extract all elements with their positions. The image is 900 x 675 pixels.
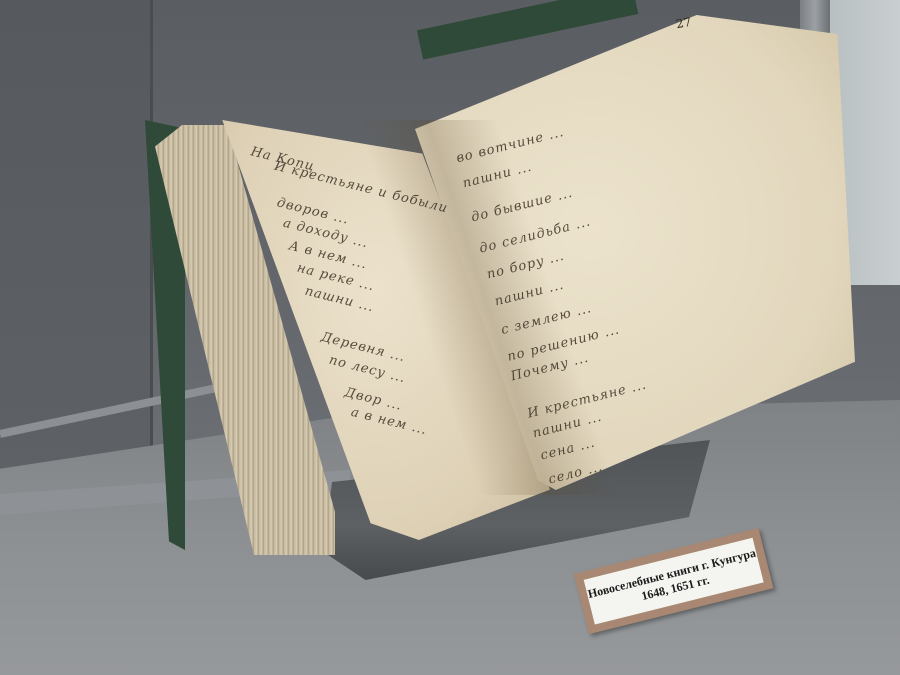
folio-number: 27 (675, 15, 692, 31)
